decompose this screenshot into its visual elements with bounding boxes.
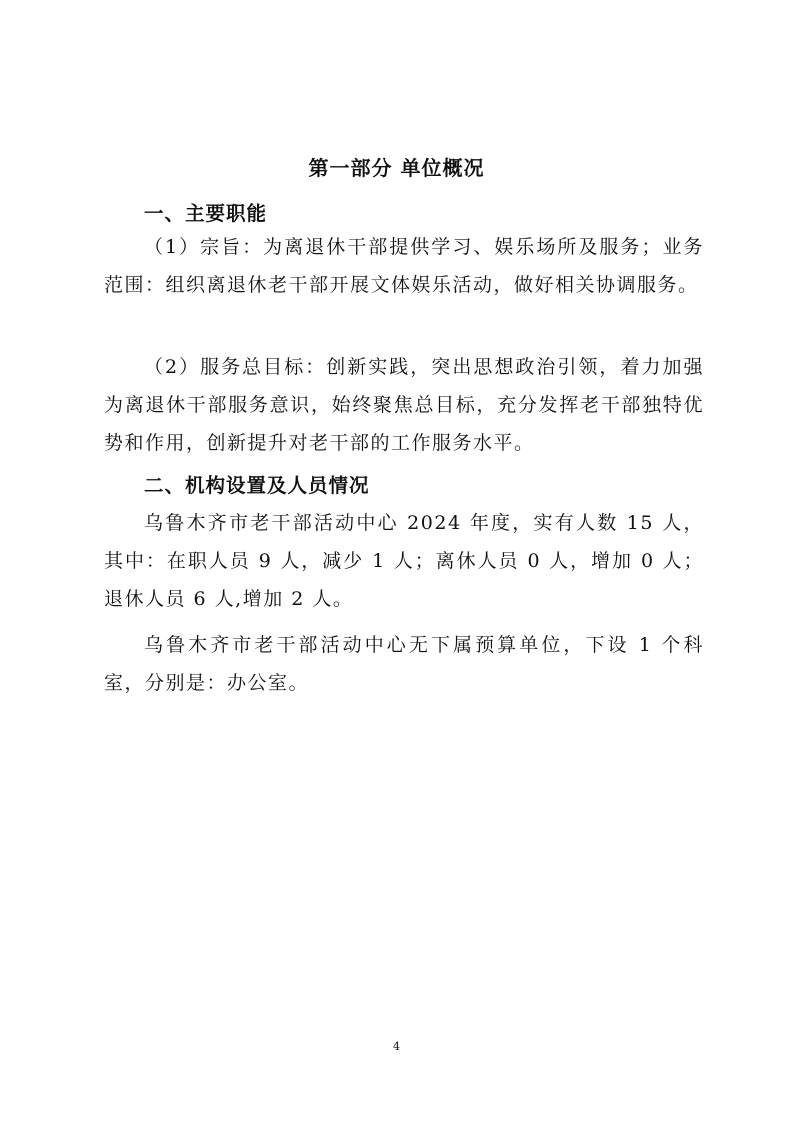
section-heading-main-functions: 一、主要职能: [144, 198, 267, 226]
paragraph-staffing: 乌鲁木齐市老干部活动中心 2024 年度，实有人数 15 人，其中：在职人员 9…: [104, 504, 704, 618]
part-title: 第一部分 单位概况: [0, 152, 793, 181]
paragraph-purpose: （1）宗旨：为离退休干部提供学习、娱乐场所及服务；业务范围：组织离退休老干部开展…: [104, 228, 704, 342]
page-number: 4: [0, 1040, 793, 1053]
paragraph-departments: 乌鲁木齐市老干部活动中心无下属预算单位，下设 1 个科室，分别是：办公室。: [104, 626, 704, 702]
paragraph-service-goal: （2）服务总目标：创新实践，突出思想政治引领，着力加强为离退休干部服务意识，始终…: [104, 348, 704, 462]
section-heading-organization: 二、机构设置及人员情况: [144, 470, 370, 498]
